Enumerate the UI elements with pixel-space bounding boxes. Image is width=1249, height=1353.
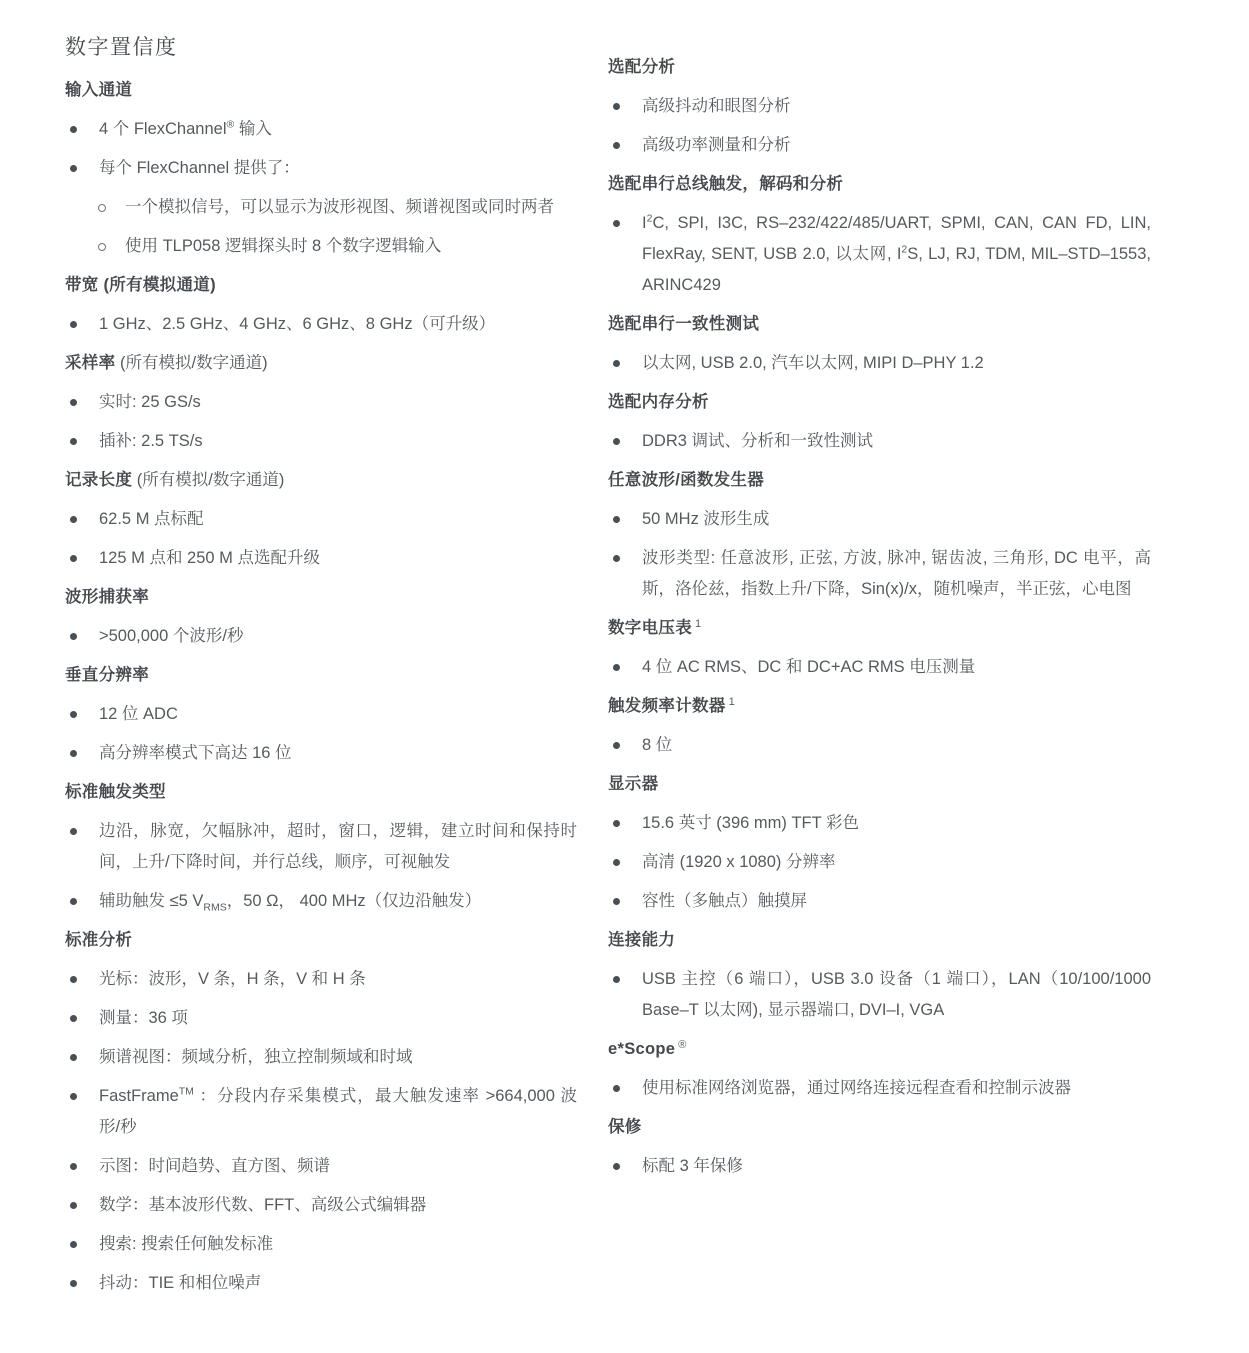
section-heading-text: 输入通道	[65, 81, 132, 99]
bullet-icon	[613, 516, 620, 523]
list-item: 1 GHz、2.5 GHz、4 GHz、6 GHz、8 GHz（可升级）	[65, 309, 577, 340]
list-item-text: FastFrameTM ：分段内存采集模式，最大触发速率 >664,000 波形…	[99, 1081, 577, 1143]
list-item-text: 高清 (1920 x 1080) 分辨率	[642, 847, 1151, 878]
hollow-bullet-icon	[98, 204, 106, 212]
bullet-icon	[70, 750, 77, 757]
list-item: 光标：波形，V 条，H 条，V 和 H 条	[65, 964, 577, 995]
list-item-text: 波形类型: 任意波形, 正弦, 方波, 脉冲, 锯齿波, 三角形, DC 电平，…	[642, 543, 1151, 605]
list-item: DDR3 调试、分析和一致性测试	[608, 426, 1151, 457]
section-heading-text: 采样率 (所有模拟/数字通道)	[65, 354, 268, 372]
bullet-icon	[70, 1093, 77, 1100]
list-item: 高清 (1920 x 1080) 分辨率	[608, 847, 1151, 878]
bullet-icon	[613, 360, 620, 367]
spec-page: 数字置信度 输入通道4 个 FlexChannel® 输入每个 FlexChan…	[0, 0, 1249, 1299]
list-item: 抖动：TIE 和相位噪声	[65, 1268, 577, 1299]
section-heading: 采样率 (所有模拟/数字通道)	[65, 348, 577, 379]
bullet-icon	[70, 438, 77, 445]
list-item: 边沿，脉宽，欠幅脉冲，超时，窗口，逻辑，建立时间和保持时间，上升/下降时间，并行…	[65, 816, 577, 878]
right-column: 选配分析高级抖动和眼图分析高级功率测量和分析选配串行总线触发，解码和分析I2C,…	[608, 34, 1151, 1299]
bullet-icon	[70, 1163, 77, 1170]
list-item: 高分辨率模式下高达 16 位	[65, 738, 577, 769]
section-heading: 选配串行一致性测试	[608, 309, 1151, 340]
bullet-icon	[613, 1085, 620, 1092]
section-heading-text: 选配串行总线触发，解码和分析	[608, 175, 843, 193]
list-item: 测量：36 项	[65, 1003, 577, 1034]
section-heading-text: 任意波形/函数发生器	[608, 471, 764, 489]
list-item: 实时: 25 GS/s	[65, 387, 577, 418]
bullet-icon	[70, 898, 77, 905]
list-item-text: 插补: 2.5 TS/s	[99, 426, 577, 457]
list-item: 125 M 点和 250 M 点选配升级	[65, 543, 577, 574]
list-item: 波形类型: 任意波形, 正弦, 方波, 脉冲, 锯齿波, 三角形, DC 电平，…	[608, 543, 1151, 605]
bullet-icon	[70, 516, 77, 523]
list-item: 高级抖动和眼图分析	[608, 91, 1151, 122]
list-item: 示图：时间趋势、直方图、频谱	[65, 1151, 577, 1182]
section-heading-text: 标准分析	[65, 931, 132, 949]
section-heading: 选配内存分析	[608, 387, 1151, 418]
section-heading-text: 显示器	[608, 775, 658, 793]
bullet-icon	[70, 633, 77, 640]
list-item: 4 个 FlexChannel® 输入	[65, 114, 577, 145]
list-item: 每个 FlexChannel 提供了：	[65, 153, 577, 184]
section-heading: 保修	[608, 1112, 1151, 1143]
list-item-text: 125 M 点和 250 M 点选配升级	[99, 543, 577, 574]
list-item-text: 辅助触发 ≤5 VRMS，50 Ω， 400 MHz（仅边沿触发）	[99, 886, 577, 917]
list-item: 辅助触发 ≤5 VRMS，50 Ω， 400 MHz（仅边沿触发）	[65, 886, 577, 917]
list-item-text: 4 个 FlexChannel® 输入	[99, 114, 577, 145]
list-item: >500,000 个波形/秒	[65, 621, 577, 652]
bullet-icon	[70, 165, 77, 172]
list-item-text: 15.6 英寸 (396 mm) TFT 彩色	[642, 808, 1151, 839]
section-heading: 记录长度 (所有模拟/数字通道)	[65, 465, 577, 496]
list-item: 8 位	[608, 730, 1151, 761]
section-heading: 标准分析	[65, 925, 577, 956]
section-heading: 波形捕获率	[65, 582, 577, 613]
bullet-icon	[613, 220, 620, 227]
list-item: 50 MHz 波形生成	[608, 504, 1151, 535]
bullet-icon	[613, 976, 620, 983]
section-heading-text: 记录长度 (所有模拟/数字通道)	[65, 471, 284, 489]
bullet-icon	[70, 555, 77, 562]
bullet-icon	[613, 898, 620, 905]
list-item-text: >500,000 个波形/秒	[99, 621, 577, 652]
list-item-text: 每个 FlexChannel 提供了：	[99, 153, 577, 184]
sub-list-item: 一个模拟信号，可以显示为波形视图、频谱视图或同时两者	[65, 192, 577, 223]
list-item-text: 示图：时间趋势、直方图、频谱	[99, 1151, 577, 1182]
bullet-icon	[70, 828, 77, 835]
section-heading: 显示器	[608, 769, 1151, 800]
section-heading: 数字电压表1	[608, 613, 1151, 644]
section-heading-text: 波形捕获率	[65, 588, 149, 606]
bullet-icon	[613, 820, 620, 827]
list-item: I2C, SPI, I3C, RS–232/422/485/UART, SPMI…	[608, 208, 1151, 301]
list-item-text: 1 GHz、2.5 GHz、4 GHz、6 GHz、8 GHz（可升级）	[99, 309, 577, 340]
list-item-text: 62.5 M 点标配	[99, 504, 577, 535]
list-item: 插补: 2.5 TS/s	[65, 426, 577, 457]
section-heading: 任意波形/函数发生器	[608, 465, 1151, 496]
list-item-text: 12 位 ADC	[99, 699, 577, 730]
list-item: 频谱视图：频域分析，独立控制频域和时域	[65, 1042, 577, 1073]
list-item-text: 数学：基本波形代数、FFT、高级公式编辑器	[99, 1190, 577, 1221]
section-heading-text: 选配内存分析	[608, 393, 709, 411]
bullet-icon	[70, 1280, 77, 1287]
bullet-icon	[70, 1054, 77, 1061]
list-item-text: 使用 TLP058 逻辑探头时 8 个数字逻辑输入	[125, 231, 577, 262]
list-item-text: 50 MHz 波形生成	[642, 504, 1151, 535]
section-heading: 选配分析	[608, 52, 1151, 83]
list-item-text: 标配 3 年保修	[642, 1151, 1151, 1182]
list-item-text: 频谱视图：频域分析，独立控制频域和时域	[99, 1042, 577, 1073]
section-heading: 带宽 (所有模拟通道)	[65, 270, 577, 301]
section-heading-text: e*Scope®	[608, 1040, 687, 1058]
section-heading-text: 选配串行一致性测试	[608, 315, 759, 333]
right-column-blocks: 选配分析高级抖动和眼图分析高级功率测量和分析选配串行总线触发，解码和分析I2C,…	[608, 52, 1151, 1182]
list-item: FastFrameTM ：分段内存采集模式，最大触发速率 >664,000 波形…	[65, 1081, 577, 1143]
list-item: 以太网, USB 2.0, 汽车以太网, MIPI D–PHY 1.2	[608, 348, 1151, 379]
bullet-icon	[70, 1241, 77, 1248]
bullet-icon	[613, 142, 620, 149]
bullet-icon	[613, 664, 620, 671]
hollow-bullet-icon	[98, 243, 106, 251]
list-item-text: 高级功率测量和分析	[642, 130, 1151, 161]
bullet-icon	[70, 321, 77, 328]
section-heading: 垂直分辨率	[65, 660, 577, 691]
list-item-text: DDR3 调试、分析和一致性测试	[642, 426, 1151, 457]
list-item: 4 位 AC RMS、DC 和 DC+AC RMS 电压测量	[608, 652, 1151, 683]
left-column: 数字置信度 输入通道4 个 FlexChannel® 输入每个 FlexChan…	[65, 34, 577, 1299]
section-heading-text: 垂直分辨率	[65, 666, 149, 684]
list-item-text: 实时: 25 GS/s	[99, 387, 577, 418]
list-item: 15.6 英寸 (396 mm) TFT 彩色	[608, 808, 1151, 839]
list-item: 容性（多触点）触摸屏	[608, 886, 1151, 917]
section-heading-text: 连接能力	[608, 931, 675, 949]
list-item: 使用标准网络浏览器，通过网络连接远程查看和控制示波器	[608, 1073, 1151, 1104]
bullet-icon	[70, 1202, 77, 1209]
bullet-icon	[613, 438, 620, 445]
bullet-icon	[613, 103, 620, 110]
section-heading: e*Scope®	[608, 1034, 1151, 1065]
list-item-text: 以太网, USB 2.0, 汽车以太网, MIPI D–PHY 1.2	[642, 348, 1151, 379]
section-heading-text: 带宽 (所有模拟通道)	[65, 276, 216, 294]
list-item-text: 4 位 AC RMS、DC 和 DC+AC RMS 电压测量	[642, 652, 1151, 683]
list-item-text: 边沿，脉宽，欠幅脉冲，超时，窗口，逻辑，建立时间和保持时间，上升/下降时间，并行…	[99, 816, 577, 878]
section-heading: 触发频率计数器1	[608, 691, 1151, 722]
list-item-text: 一个模拟信号，可以显示为波形视图、频谱视图或同时两者	[125, 192, 577, 223]
bullet-icon	[70, 976, 77, 983]
list-item-text: 8 位	[642, 730, 1151, 761]
list-item: 高级功率测量和分析	[608, 130, 1151, 161]
list-item: 标配 3 年保修	[608, 1151, 1151, 1182]
list-item: USB 主控（6 端口），USB 3.0 设备（1 端口），LAN（10/100…	[608, 964, 1151, 1026]
section-heading-text: 选配分析	[608, 58, 675, 76]
list-item: 12 位 ADC	[65, 699, 577, 730]
bullet-icon	[613, 742, 620, 749]
section-heading-text: 保修	[608, 1118, 642, 1136]
list-item-text: 高分辨率模式下高达 16 位	[99, 738, 577, 769]
list-item-text: 测量：36 项	[99, 1003, 577, 1034]
section-heading-text: 标准触发类型	[65, 783, 166, 801]
list-item: 搜索: 搜索任何触发标准	[65, 1229, 577, 1260]
list-item-text: USB 主控（6 端口），USB 3.0 设备（1 端口），LAN（10/100…	[642, 964, 1151, 1026]
list-item-text: 容性（多触点）触摸屏	[642, 886, 1151, 917]
list-item-text: I2C, SPI, I3C, RS–232/422/485/UART, SPMI…	[642, 208, 1151, 301]
section-heading: 标准触发类型	[65, 777, 577, 808]
section-heading-text: 数字电压表1	[608, 619, 701, 637]
list-item-text: 使用标准网络浏览器，通过网络连接远程查看和控制示波器	[642, 1073, 1151, 1104]
bullet-icon	[613, 859, 620, 866]
section-heading: 输入通道	[65, 75, 577, 106]
list-item-text: 抖动：TIE 和相位噪声	[99, 1268, 577, 1299]
page-title: 数字置信度	[65, 34, 577, 62]
bullet-icon	[70, 399, 77, 406]
list-item: 数学：基本波形代数、FFT、高级公式编辑器	[65, 1190, 577, 1221]
bullet-icon	[613, 555, 620, 562]
bullet-icon	[613, 1163, 620, 1170]
list-item-text: 光标：波形，V 条，H 条，V 和 H 条	[99, 964, 577, 995]
bullet-icon	[70, 126, 77, 133]
section-heading: 连接能力	[608, 925, 1151, 956]
list-item-text: 搜索: 搜索任何触发标准	[99, 1229, 577, 1260]
bullet-icon	[70, 711, 77, 718]
sub-list-item: 使用 TLP058 逻辑探头时 8 个数字逻辑输入	[65, 231, 577, 262]
left-column-blocks: 输入通道4 个 FlexChannel® 输入每个 FlexChannel 提供…	[65, 75, 577, 1299]
bullet-icon	[70, 1015, 77, 1022]
section-heading: 选配串行总线触发，解码和分析	[608, 169, 1151, 200]
list-item: 62.5 M 点标配	[65, 504, 577, 535]
section-heading-text: 触发频率计数器1	[608, 697, 735, 715]
list-item-text: 高级抖动和眼图分析	[642, 91, 1151, 122]
